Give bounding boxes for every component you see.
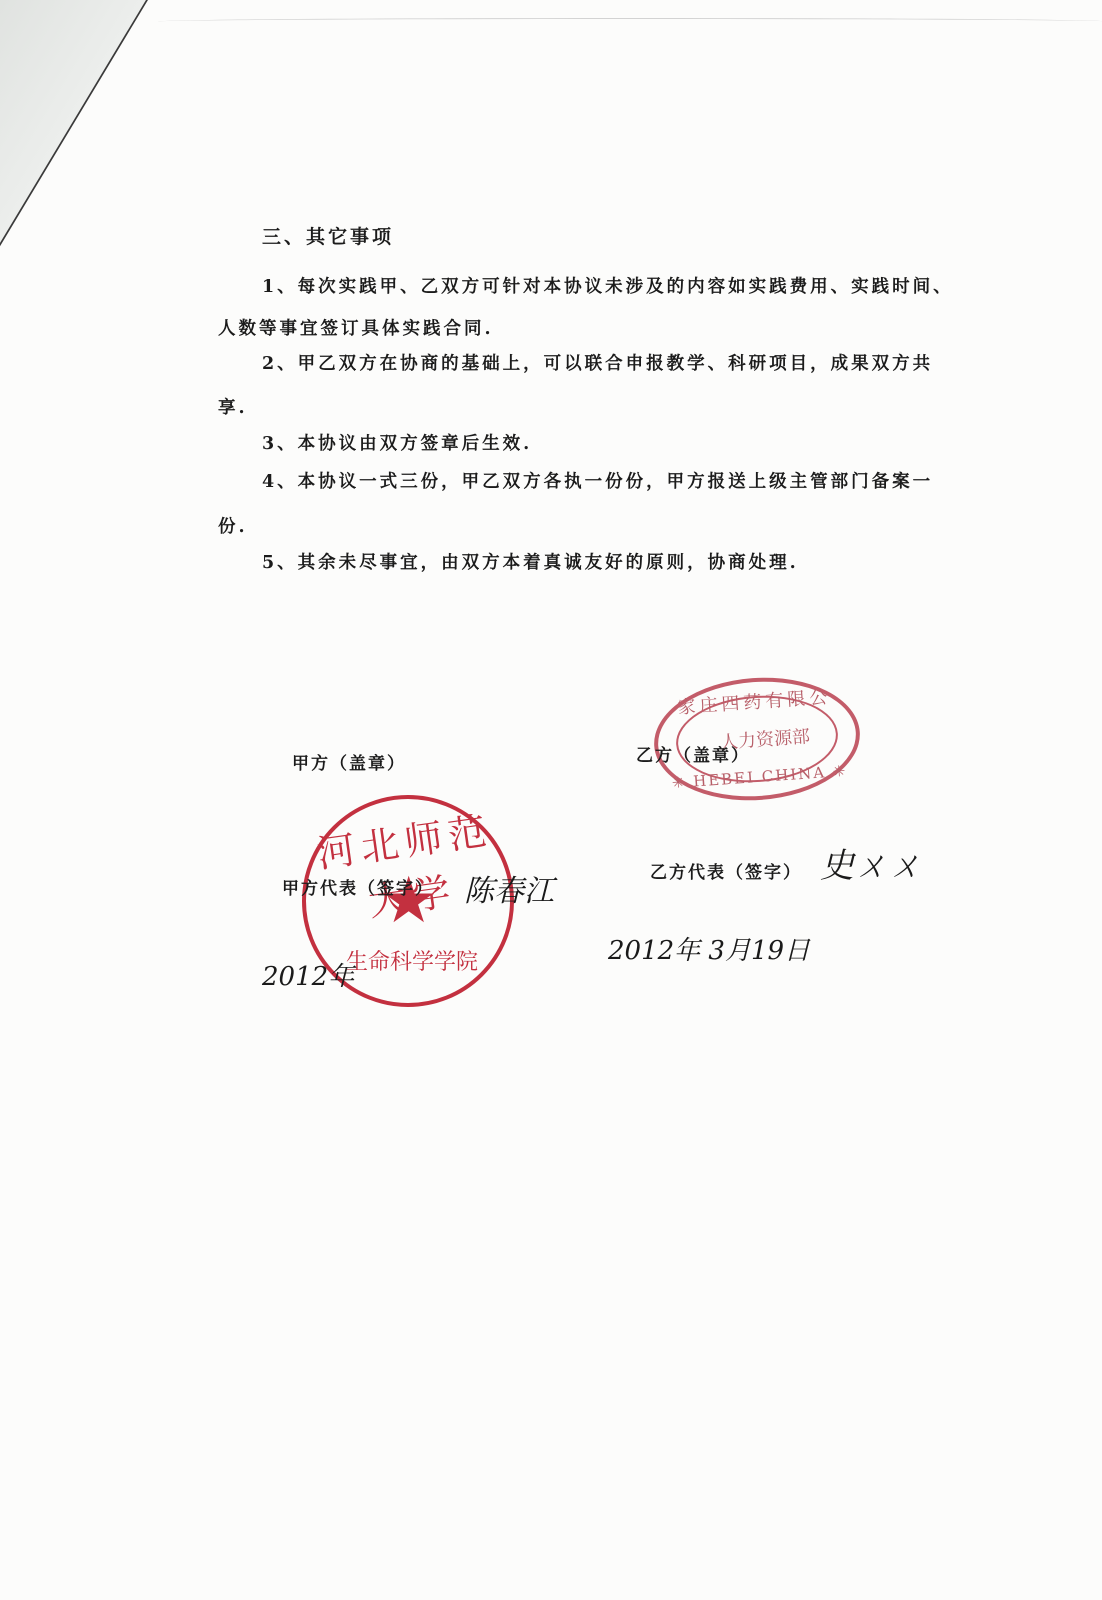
party-a-seal-label: 甲方（盖章） bbox=[292, 749, 406, 774]
stamp-bottom-text: 生命科学学院 bbox=[346, 945, 478, 976]
paragraph-5: 5、其余未尽事宜，由双方本着真诚友好的原则，协商处理. bbox=[262, 549, 799, 574]
party-b-date: 2012年 3月19日 bbox=[608, 930, 810, 967]
party-a-signature: 陈春江 bbox=[464, 866, 554, 910]
fold-line bbox=[158, 18, 1102, 25]
paragraph-4-line-2: 份. bbox=[218, 513, 248, 538]
section-heading: 三、其它事项 bbox=[262, 222, 394, 249]
paragraph-2-line-1: 2、甲乙双方在协商的基础上，可以联合申报教学、科研项目，成果双方共 bbox=[262, 350, 933, 375]
party-b-company-stamp: 家庄四药有限公 人力资源部 ✳ HEBEI CHINA ✳ bbox=[650, 671, 864, 807]
party-a-rep-label: 甲方代表（签字） bbox=[282, 874, 434, 899]
paragraph-2-line-2: 享. bbox=[218, 394, 248, 419]
party-b-rep-label: 乙方代表（签字） bbox=[650, 858, 802, 883]
paragraph-1-line-2: 人数等事宜签订具体实践合同. bbox=[218, 315, 494, 340]
paragraph-1-line-1: 1、每次实践甲、乙双方可针对本协议未涉及的内容如实践费用、实践时间、 bbox=[262, 273, 954, 298]
party-b-seal-label: 乙方（盖章） bbox=[636, 741, 750, 766]
party-a-date: 2012年 bbox=[262, 956, 354, 993]
paragraph-4-line-1: 4、本协议一式三份，甲乙双方各执一份份，甲方报送上级主管部门备案一 bbox=[262, 468, 933, 493]
paragraph-3: 3、本协议由双方签章后生效. bbox=[262, 430, 532, 455]
party-b-signature: 史ㄨㄨ bbox=[820, 838, 922, 887]
page-fold-shadow bbox=[0, 0, 172, 320]
